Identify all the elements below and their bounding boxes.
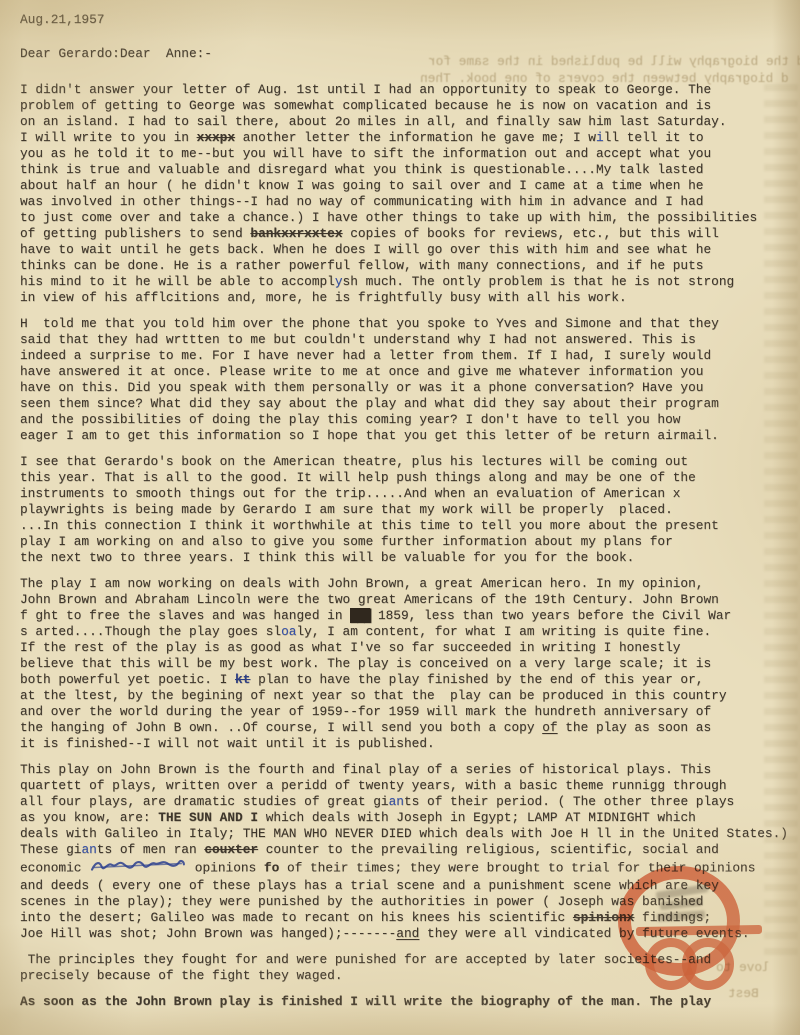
- text-segment-xout-blue: kt: [235, 672, 250, 687]
- letter-line: have on this. Did you speak with them pe…: [20, 380, 796, 396]
- letter-line: said that they had wrttten to me but cou…: [20, 332, 796, 348]
- letter-line: The principles they fought for and were …: [20, 952, 796, 968]
- letter-line: thinks can be done. He is a rather power…: [20, 258, 796, 274]
- letter-line: precisely because of the fight they wage…: [20, 968, 796, 984]
- text-segment: the hanging of John B own. ..Of course, …: [20, 720, 542, 735]
- letter-paragraph: The play I am now working on deals with …: [20, 576, 796, 752]
- text-segment: These gi: [20, 842, 81, 857]
- text-segment: Joe Hill was shot; John Brown was hanged…: [20, 926, 396, 941]
- text-segment: ly, I am content, for what I am writing …: [296, 624, 711, 639]
- text-segment: plan to have the play finished by the en…: [250, 672, 703, 687]
- letter-line: indeed a surprise to me. For I have neve…: [20, 348, 796, 364]
- letter-line: think is true and valuable and disregard…: [20, 162, 796, 178]
- text-segment-blob: ███: [350, 608, 370, 623]
- letter-line: at the ltest, by the begining of next ye…: [20, 688, 796, 704]
- letter-line: believe that this will be my best work. …: [20, 656, 796, 672]
- letter-line: and over the world during the year of 19…: [20, 704, 796, 720]
- text-segment: opinions: [187, 860, 264, 875]
- letter-line: both powerful yet poetic. I kt plan to h…: [20, 672, 796, 688]
- letter-line: have answered it at once. Please write t…: [20, 364, 796, 380]
- letter-line: all four plays, are dramatic studies of …: [20, 794, 796, 810]
- text-segment-xout: xxxpx: [197, 130, 235, 145]
- text-segment: f ght to free the slaves and was hanged …: [20, 608, 350, 623]
- letter-line: the next two to three years. I think thi…: [20, 550, 796, 566]
- letter-line: was involved in other things--I had no w…: [20, 194, 796, 210]
- text-segment: counter to the prevailing religious, sci…: [258, 842, 719, 857]
- text-segment: ll tell it to: [604, 130, 704, 145]
- letter-paragraph: This play on John Brown is the fourth an…: [20, 762, 796, 942]
- text-segment: sh much. The ontly problem is that he is…: [343, 274, 735, 289]
- letter-line: H told me that you told him over the pho…: [20, 316, 796, 332]
- text-segment: the play as soon as: [558, 720, 712, 735]
- letter-line: the hanging of John B own. ..Of course, …: [20, 720, 796, 736]
- text-segment: s arted....Though the play goes sl: [20, 624, 281, 639]
- letter-line: about half an hour ( he didn't know I wa…: [20, 178, 796, 194]
- text-segment: as you know, are:: [20, 810, 158, 825]
- letter-line: quartett of plays, written over a peridd…: [20, 778, 796, 794]
- letter-line: ...In this connection I think it worthwh…: [20, 518, 796, 534]
- letter-line: playwrights is being made by Gerardo I a…: [20, 502, 796, 518]
- text-segment-blue: an: [81, 842, 96, 857]
- letter-line: f ght to free the slaves and was hanged …: [20, 608, 796, 624]
- handwritten-scribble-icon: [90, 856, 186, 874]
- text-segment: ts of their period. ( The other three pl…: [404, 794, 734, 809]
- letter-line: deals with Galileo in Italy; THE MAN WHO…: [20, 826, 796, 842]
- letter-line: seen them since? What did they say about…: [20, 396, 796, 412]
- text-segment-xout: spinionx: [573, 910, 634, 925]
- letter-body: I didn't answer your letter of Aug. 1st …: [20, 82, 796, 1010]
- letter-line: I will write to you in xxxpx another let…: [20, 130, 796, 146]
- letter-line: in view of his afflcitions and, more, he…: [20, 290, 796, 306]
- letter-line: have to wait until he gets back. When he…: [20, 242, 796, 258]
- text-segment-blue: y: [335, 274, 343, 289]
- letter-paragraph: As soon as the John Brown play is finish…: [20, 994, 796, 1010]
- letter-line: Joe Hill was shot; John Brown was hanged…: [20, 926, 796, 942]
- letter-line: to just come over and take a chance.) I …: [20, 210, 796, 226]
- text-segment: of their times; they were brought to tri…: [279, 860, 755, 875]
- letter-line: The play I am now working on deals with …: [20, 576, 796, 592]
- text-segment: ts of men ran: [97, 842, 205, 857]
- text-segment: both powerful yet poetic. I: [20, 672, 235, 687]
- letter-line: I didn't answer your letter of Aug. 1st …: [20, 82, 796, 98]
- text-segment: economic: [20, 860, 89, 875]
- letter-salutation: Dear Gerardo:Dear Anne:-: [20, 46, 796, 62]
- letter-line: As soon as the John Brown play is finish…: [20, 994, 796, 1010]
- letter-line: scenes in the play); they were punished …: [20, 894, 796, 910]
- text-segment: copies of books for reviews, etc., but t…: [343, 226, 719, 241]
- text-segment-bold: THE SUN AND I: [158, 810, 258, 825]
- letter-line: and deeds ( every one of these plays has…: [20, 878, 796, 894]
- handwritten-scribble: [90, 856, 187, 879]
- letter-line: play I am working on and also to give yo…: [20, 534, 796, 550]
- letter-line: this year. That is all to the good. It w…: [20, 470, 796, 486]
- text-segment: all four plays, are dramatic studies of …: [20, 794, 389, 809]
- text-segment-xout: bankxxrxxtex: [250, 226, 342, 241]
- letter-line: of getting publishers to send bankxxrxxt…: [20, 226, 796, 242]
- text-segment-underline: and: [396, 926, 419, 941]
- letter-date: Aug.21,1957: [20, 12, 796, 28]
- text-segment: 1859, less than two years before the Civ…: [370, 608, 731, 623]
- letter-line: you as he told it to me--but you will ha…: [20, 146, 796, 162]
- letter-line: s arted....Though the play goes sloaly, …: [20, 624, 796, 640]
- text-segment-xout: couxter: [204, 842, 258, 857]
- text-segment: they were all vindicated by future event…: [419, 926, 749, 941]
- text-segment-bold: fo: [264, 860, 279, 875]
- letter-line: These giants of men ran couxter counter …: [20, 842, 796, 858]
- letter-line: into the desert; Galileo was made to rec…: [20, 910, 796, 926]
- text-segment: another letter the information he gave m…: [235, 130, 596, 145]
- letter-paragraph: I see that Gerardo's book on the America…: [20, 454, 796, 566]
- text-segment-underline: of: [542, 720, 557, 735]
- letter-line: economic opinions fo of their times; the…: [20, 858, 796, 878]
- letter-page: Aug.21,1957 Dear Gerardo:Dear Anne:- I d…: [20, 12, 796, 1020]
- letter-line: as you know, are: THE SUN AND I which de…: [20, 810, 796, 826]
- letter-paragraph: I didn't answer your letter of Aug. 1st …: [20, 82, 796, 306]
- letter-line: his mind to it he will be able to accomp…: [20, 274, 796, 290]
- text-segment: his mind to it he will be able to accomp…: [20, 274, 335, 289]
- letter-line: it is finished--I will not wait until it…: [20, 736, 796, 752]
- text-segment-blue: an: [389, 794, 404, 809]
- letter-line: This play on John Brown is the fourth an…: [20, 762, 796, 778]
- text-segment: findings;: [634, 910, 711, 925]
- text-segment: I will write to you in: [20, 130, 197, 145]
- letter-line: If the rest of the play is as good as wh…: [20, 640, 796, 656]
- letter-line: on an island. I had to sail there, about…: [20, 114, 796, 130]
- text-segment: into the desert; Galileo was made to rec…: [20, 910, 573, 925]
- text-segment-blue: oa: [281, 624, 296, 639]
- letter-line: John Brown and Abraham Lincoln were the …: [20, 592, 796, 608]
- letter-paragraph: H told me that you told him over the pho…: [20, 316, 796, 444]
- text-segment-blue: i: [596, 130, 604, 145]
- letter-line: eager I am to get this information so I …: [20, 428, 796, 444]
- letter-line: problem of getting to George was somewha…: [20, 98, 796, 114]
- letter-line: and the possibilities of doing the play …: [20, 412, 796, 428]
- letter-line: instruments to smooth things out for the…: [20, 486, 796, 502]
- text-segment: of getting publishers to send: [20, 226, 250, 241]
- letter-paragraph: The principles they fought for and were …: [20, 952, 796, 984]
- letter-line: I see that Gerardo's book on the America…: [20, 454, 796, 470]
- text-segment: which deals with Joseph in Egypt; LAMP A…: [258, 810, 696, 825]
